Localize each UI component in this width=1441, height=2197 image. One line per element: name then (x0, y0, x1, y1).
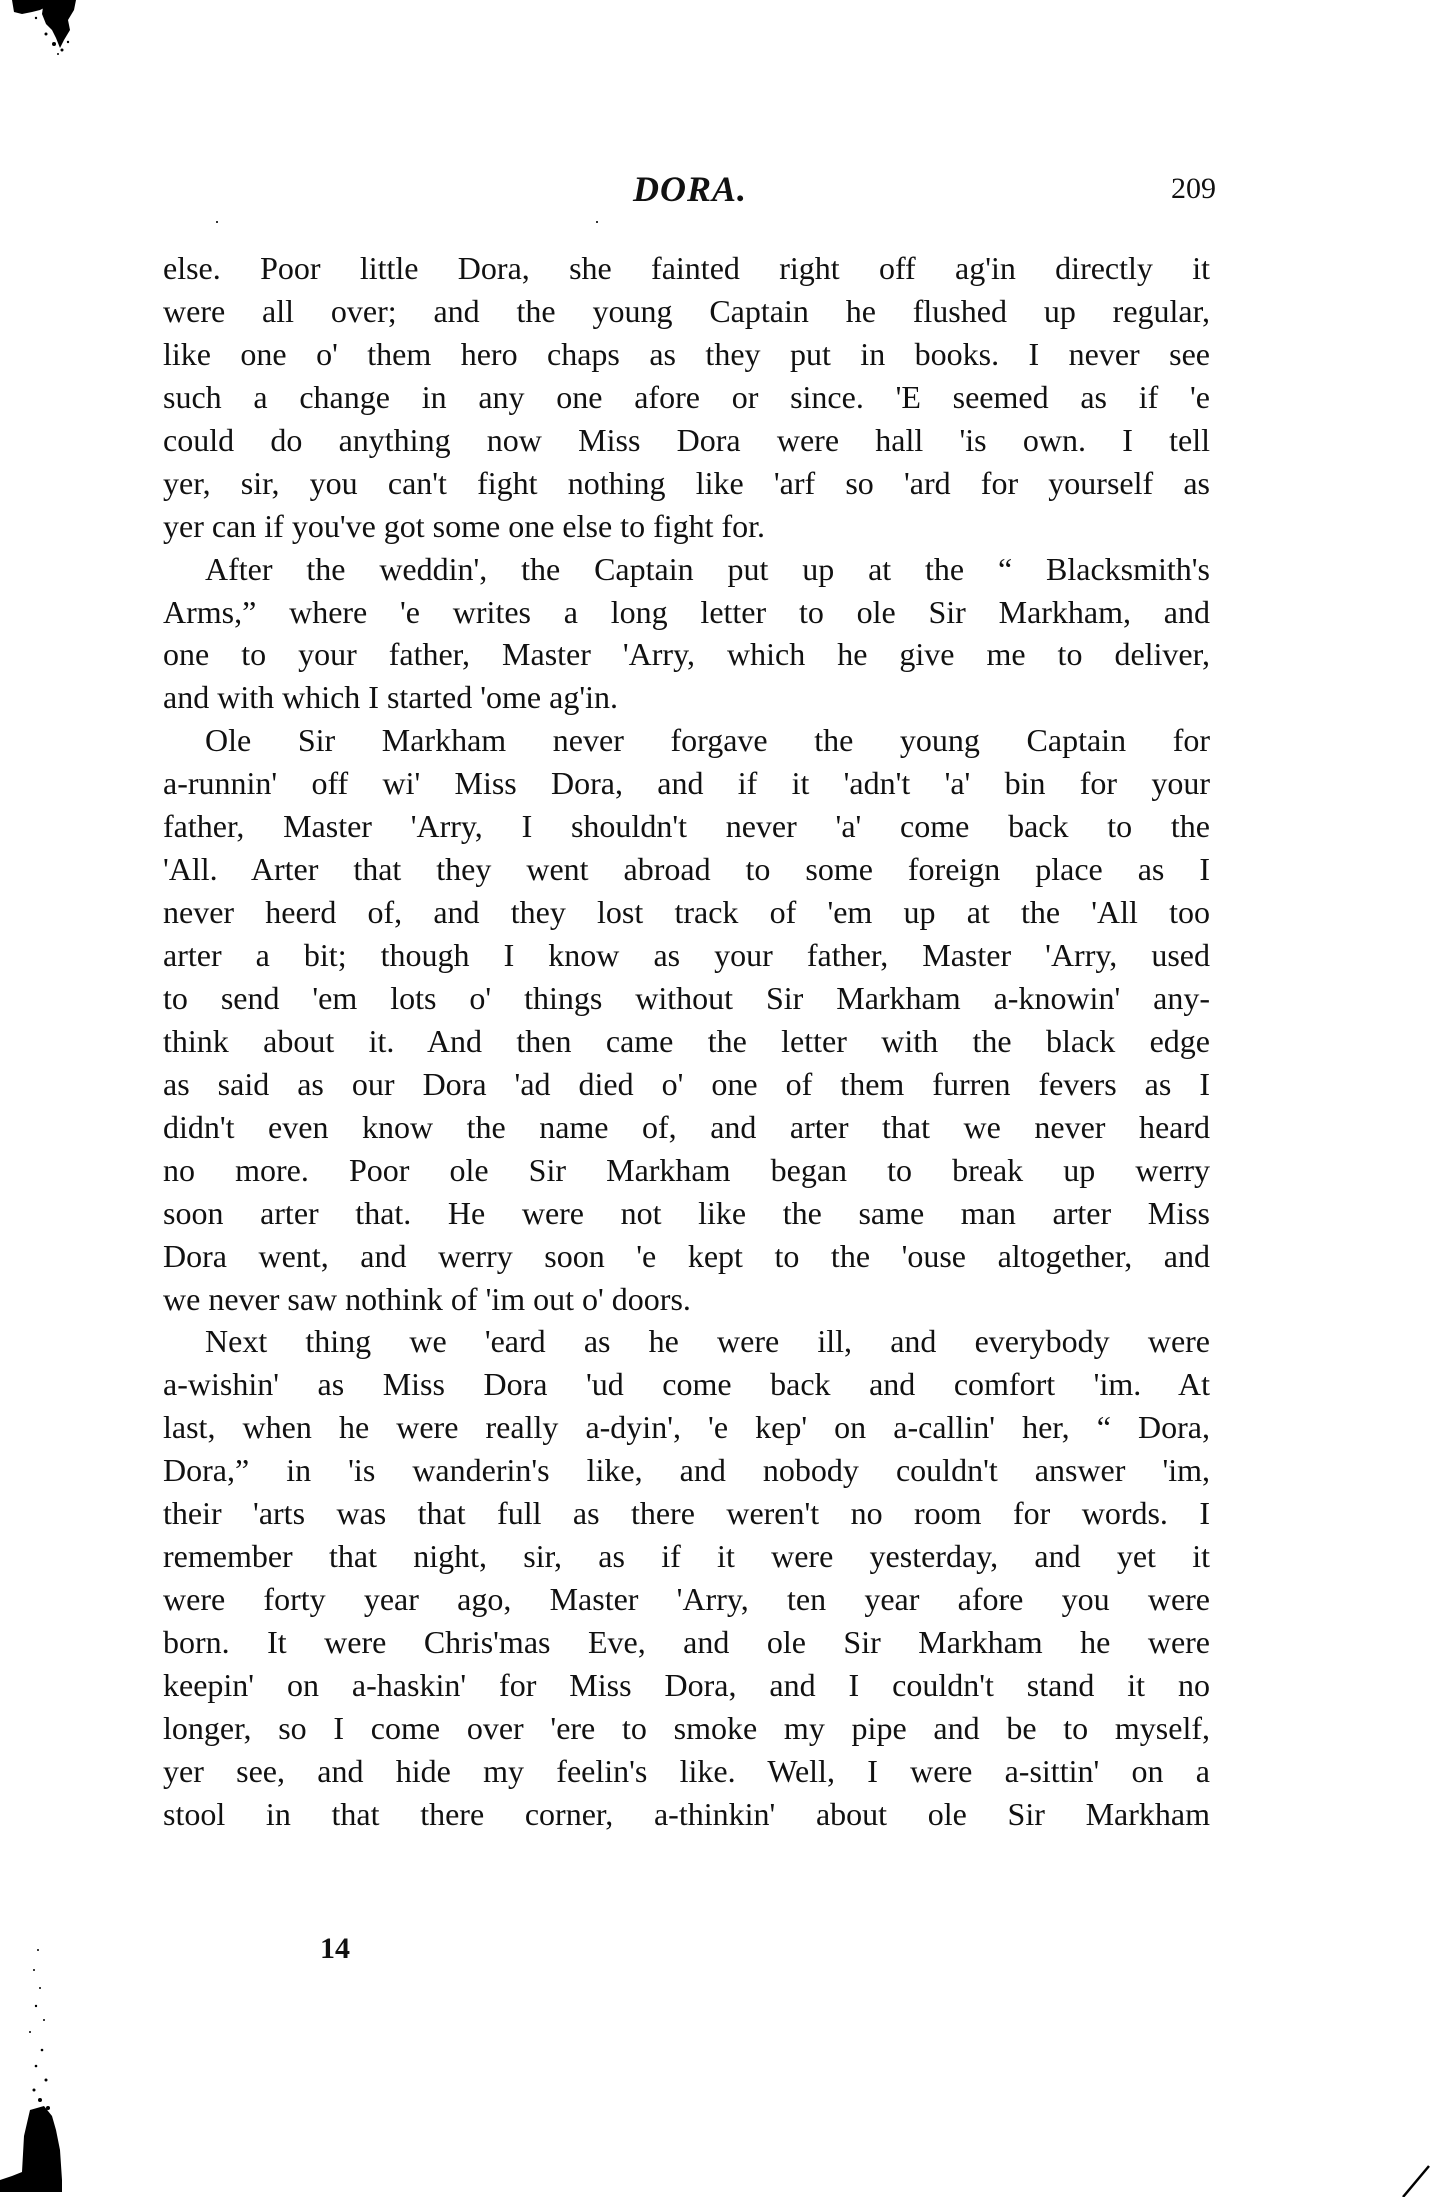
text-line: Dora went, and werry soon 'e kept to the… (163, 1235, 1210, 1278)
running-head: DORA. (600, 168, 780, 210)
page-number: 209 (1160, 172, 1216, 206)
text-line: 'All. Arter that they went abroad to som… (163, 848, 1210, 891)
speck (596, 221, 598, 223)
text-line: remember that night, sir, as if it were … (163, 1535, 1210, 1578)
paragraph-4: Next thing we 'eard as he were ill, and … (163, 1320, 1210, 1835)
text-line: After the weddin', the Captain put up at… (163, 548, 1210, 591)
text-line: never heerd of, and they lost track of '… (163, 891, 1210, 934)
text-line: as said as our Dora 'ad died o' one of t… (163, 1063, 1210, 1106)
text-line: Arms,” where 'e writes a long letter to … (163, 591, 1210, 634)
text-line: like one o' them hero chaps as they put … (163, 333, 1210, 376)
text-line: no more. Poor ole Sir Markham began to b… (163, 1149, 1210, 1192)
text-line: longer, so I come over 'ere to smoke my … (163, 1707, 1210, 1750)
text-line: we never saw nothink of 'im out o' doors… (163, 1278, 1210, 1321)
text-line: to send 'em lots o' things without Sir M… (163, 977, 1210, 1020)
text-line: born. It were Chris'mas Eve, and ole Sir… (163, 1621, 1210, 1664)
text-line: and with which I started 'ome ag'in. (163, 676, 1210, 719)
paragraph-3: Ole Sir Markham never forgave the young … (163, 719, 1210, 1320)
text-line: a-runnin' off wi' Miss Dora, and if it '… (163, 762, 1210, 805)
text-line: think about it. And then came the letter… (163, 1020, 1210, 1063)
scan-smudge-bottom-left (0, 1940, 70, 2197)
text-line: such a change in any one afore or since.… (163, 376, 1210, 419)
text-line: didn't even know the name of, and arter … (163, 1106, 1210, 1149)
text-line: a-wishin' as Miss Dora 'ud come back and… (163, 1363, 1210, 1406)
text-line: Ole Sir Markham never forgave the young … (163, 719, 1210, 762)
pen-stroke-mark (1395, 2160, 1441, 2197)
text-line: else. Poor little Dora, she fainted righ… (163, 247, 1210, 290)
scan-smudge-top-left (10, 0, 80, 56)
text-line: soon arter that. He were not like the sa… (163, 1192, 1210, 1235)
text-line: last, when he were really a-dyin', 'e ke… (163, 1406, 1210, 1449)
signature-mark: 14 (320, 1932, 380, 1966)
text-line: Next thing we 'eard as he were ill, and … (163, 1320, 1210, 1363)
text-line: one to your father, Master 'Arry, which … (163, 633, 1210, 676)
text-line: keepin' on a-haskin' for Miss Dora, and … (163, 1664, 1210, 1707)
text-line: were all over; and the young Captain he … (163, 290, 1210, 333)
speck (216, 221, 218, 223)
text-line: yer, sir, you can't fight nothing like '… (163, 462, 1210, 505)
text-line: yer see, and hide my feelin's like. Well… (163, 1750, 1210, 1793)
book-page: DORA. 209 else. Poor little Dora, she fa… (0, 0, 1441, 2197)
text-line: their 'arts was that full as there weren… (163, 1492, 1210, 1535)
paragraph-1: else. Poor little Dora, she fainted righ… (163, 247, 1210, 548)
text-line: father, Master 'Arry, I shouldn't never … (163, 805, 1210, 848)
paragraph-2: After the weddin', the Captain put up at… (163, 548, 1210, 720)
text-line: arter a bit; though I know as your fathe… (163, 934, 1210, 977)
text-line: yer can if you've got some one else to f… (163, 505, 1210, 548)
text-line: stool in that there corner, a-thinkin' a… (163, 1793, 1210, 1836)
text-line: were forty year ago, Master 'Arry, ten y… (163, 1578, 1210, 1621)
body-text: else. Poor little Dora, she fainted righ… (163, 247, 1210, 1836)
text-line: Dora,” in 'is wanderin's like, and nobod… (163, 1449, 1210, 1492)
text-line: could do anything now Miss Dora were hal… (163, 419, 1210, 462)
